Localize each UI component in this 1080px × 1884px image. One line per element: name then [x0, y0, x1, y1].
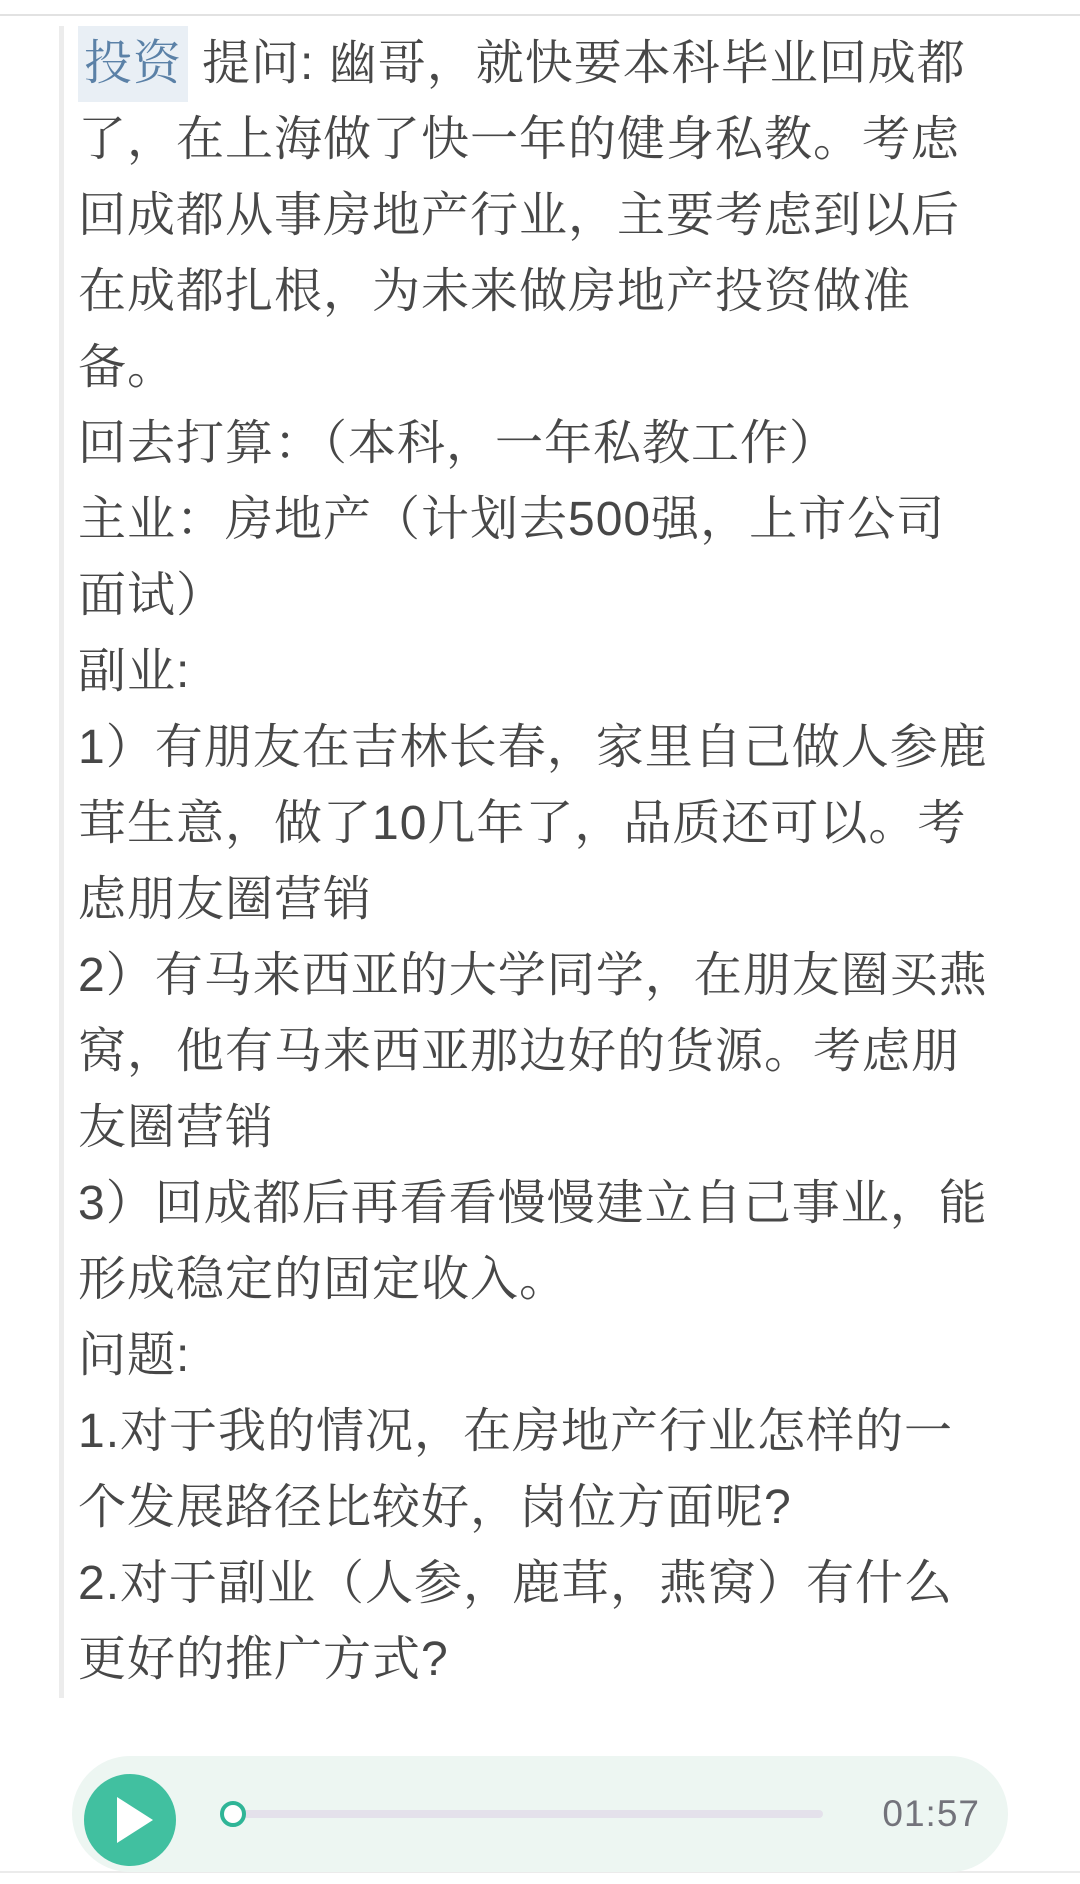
- text-line: 了，在上海做了快一年的健身私教。考虑: [78, 102, 1038, 178]
- text-line: 备。: [78, 330, 1038, 406]
- text-line: 更好的推广方式?: [78, 1622, 1038, 1698]
- text-line: 茸生意，做了10几年了，品质还可以。考: [78, 786, 1038, 862]
- play-button[interactable]: [84, 1774, 176, 1866]
- text-line-first: 投资提问: 幽哥，就快要本科毕业回成都: [78, 26, 1038, 102]
- text-line: 副业:: [78, 634, 1038, 710]
- text-line: 回成都从事房地产行业，主要考虑到以后: [78, 178, 1038, 254]
- text-line: 个发展路径比较好，岗位方面呢?: [78, 1470, 1038, 1546]
- text-line: 2.对于副业（人参，鹿茸，燕窝）有什么: [78, 1546, 1038, 1622]
- text-line: 在成都扎根，为未来做房地产投资做准: [78, 254, 1038, 330]
- text-line: 面试）: [78, 558, 1038, 634]
- duration-label: 01:57: [882, 1793, 980, 1835]
- first-line-text: 提问: 幽哥，就快要本科毕业回成都: [202, 37, 966, 90]
- audio-player: 01:57: [72, 1756, 1008, 1872]
- text-line: 3）回成都后再看看慢慢建立自己事业，能: [78, 1166, 1038, 1242]
- text-line: 回去打算：（本科，一年私教工作）: [78, 406, 1038, 482]
- text-line: 2）有马来西亚的大学同学，在朋友圈买燕: [78, 938, 1038, 1014]
- text-line: 窝，他有马来西亚那边好的货源。考虑朋: [78, 1014, 1038, 1090]
- play-icon: [117, 1797, 153, 1843]
- text-line: 形成稳定的固定收入。: [78, 1242, 1038, 1318]
- article-page: 投资提问: 幽哥，就快要本科毕业回成都 了，在上海做了快一年的健身私教。考虑回成…: [0, 0, 1080, 1884]
- text-line: 友圈营销: [78, 1090, 1038, 1166]
- text-line: 虑朋友圈营销: [78, 862, 1038, 938]
- text-line: 问题:: [78, 1318, 1038, 1394]
- text-line: 1）有朋友在吉林长春，家里自己做人参鹿: [78, 710, 1038, 786]
- question-text: 了，在上海做了快一年的健身私教。考虑回成都从事房地产行业，主要考虑到以后在成都扎…: [78, 102, 1038, 1698]
- text-line: 主业：房地产（计划去500强，上市公司: [78, 482, 1038, 558]
- topic-tag[interactable]: 投资: [78, 26, 188, 102]
- slider-thumb[interactable]: [220, 1801, 246, 1827]
- top-divider: [0, 14, 1080, 16]
- text-line: 1.对于我的情况，在房地产行业怎样的一: [78, 1394, 1038, 1470]
- slider-track: [233, 1810, 823, 1818]
- question-blockquote: 投资提问: 幽哥，就快要本科毕业回成都 了，在上海做了快一年的健身私教。考虑回成…: [59, 26, 1038, 1698]
- progress-slider[interactable]: [220, 1801, 823, 1827]
